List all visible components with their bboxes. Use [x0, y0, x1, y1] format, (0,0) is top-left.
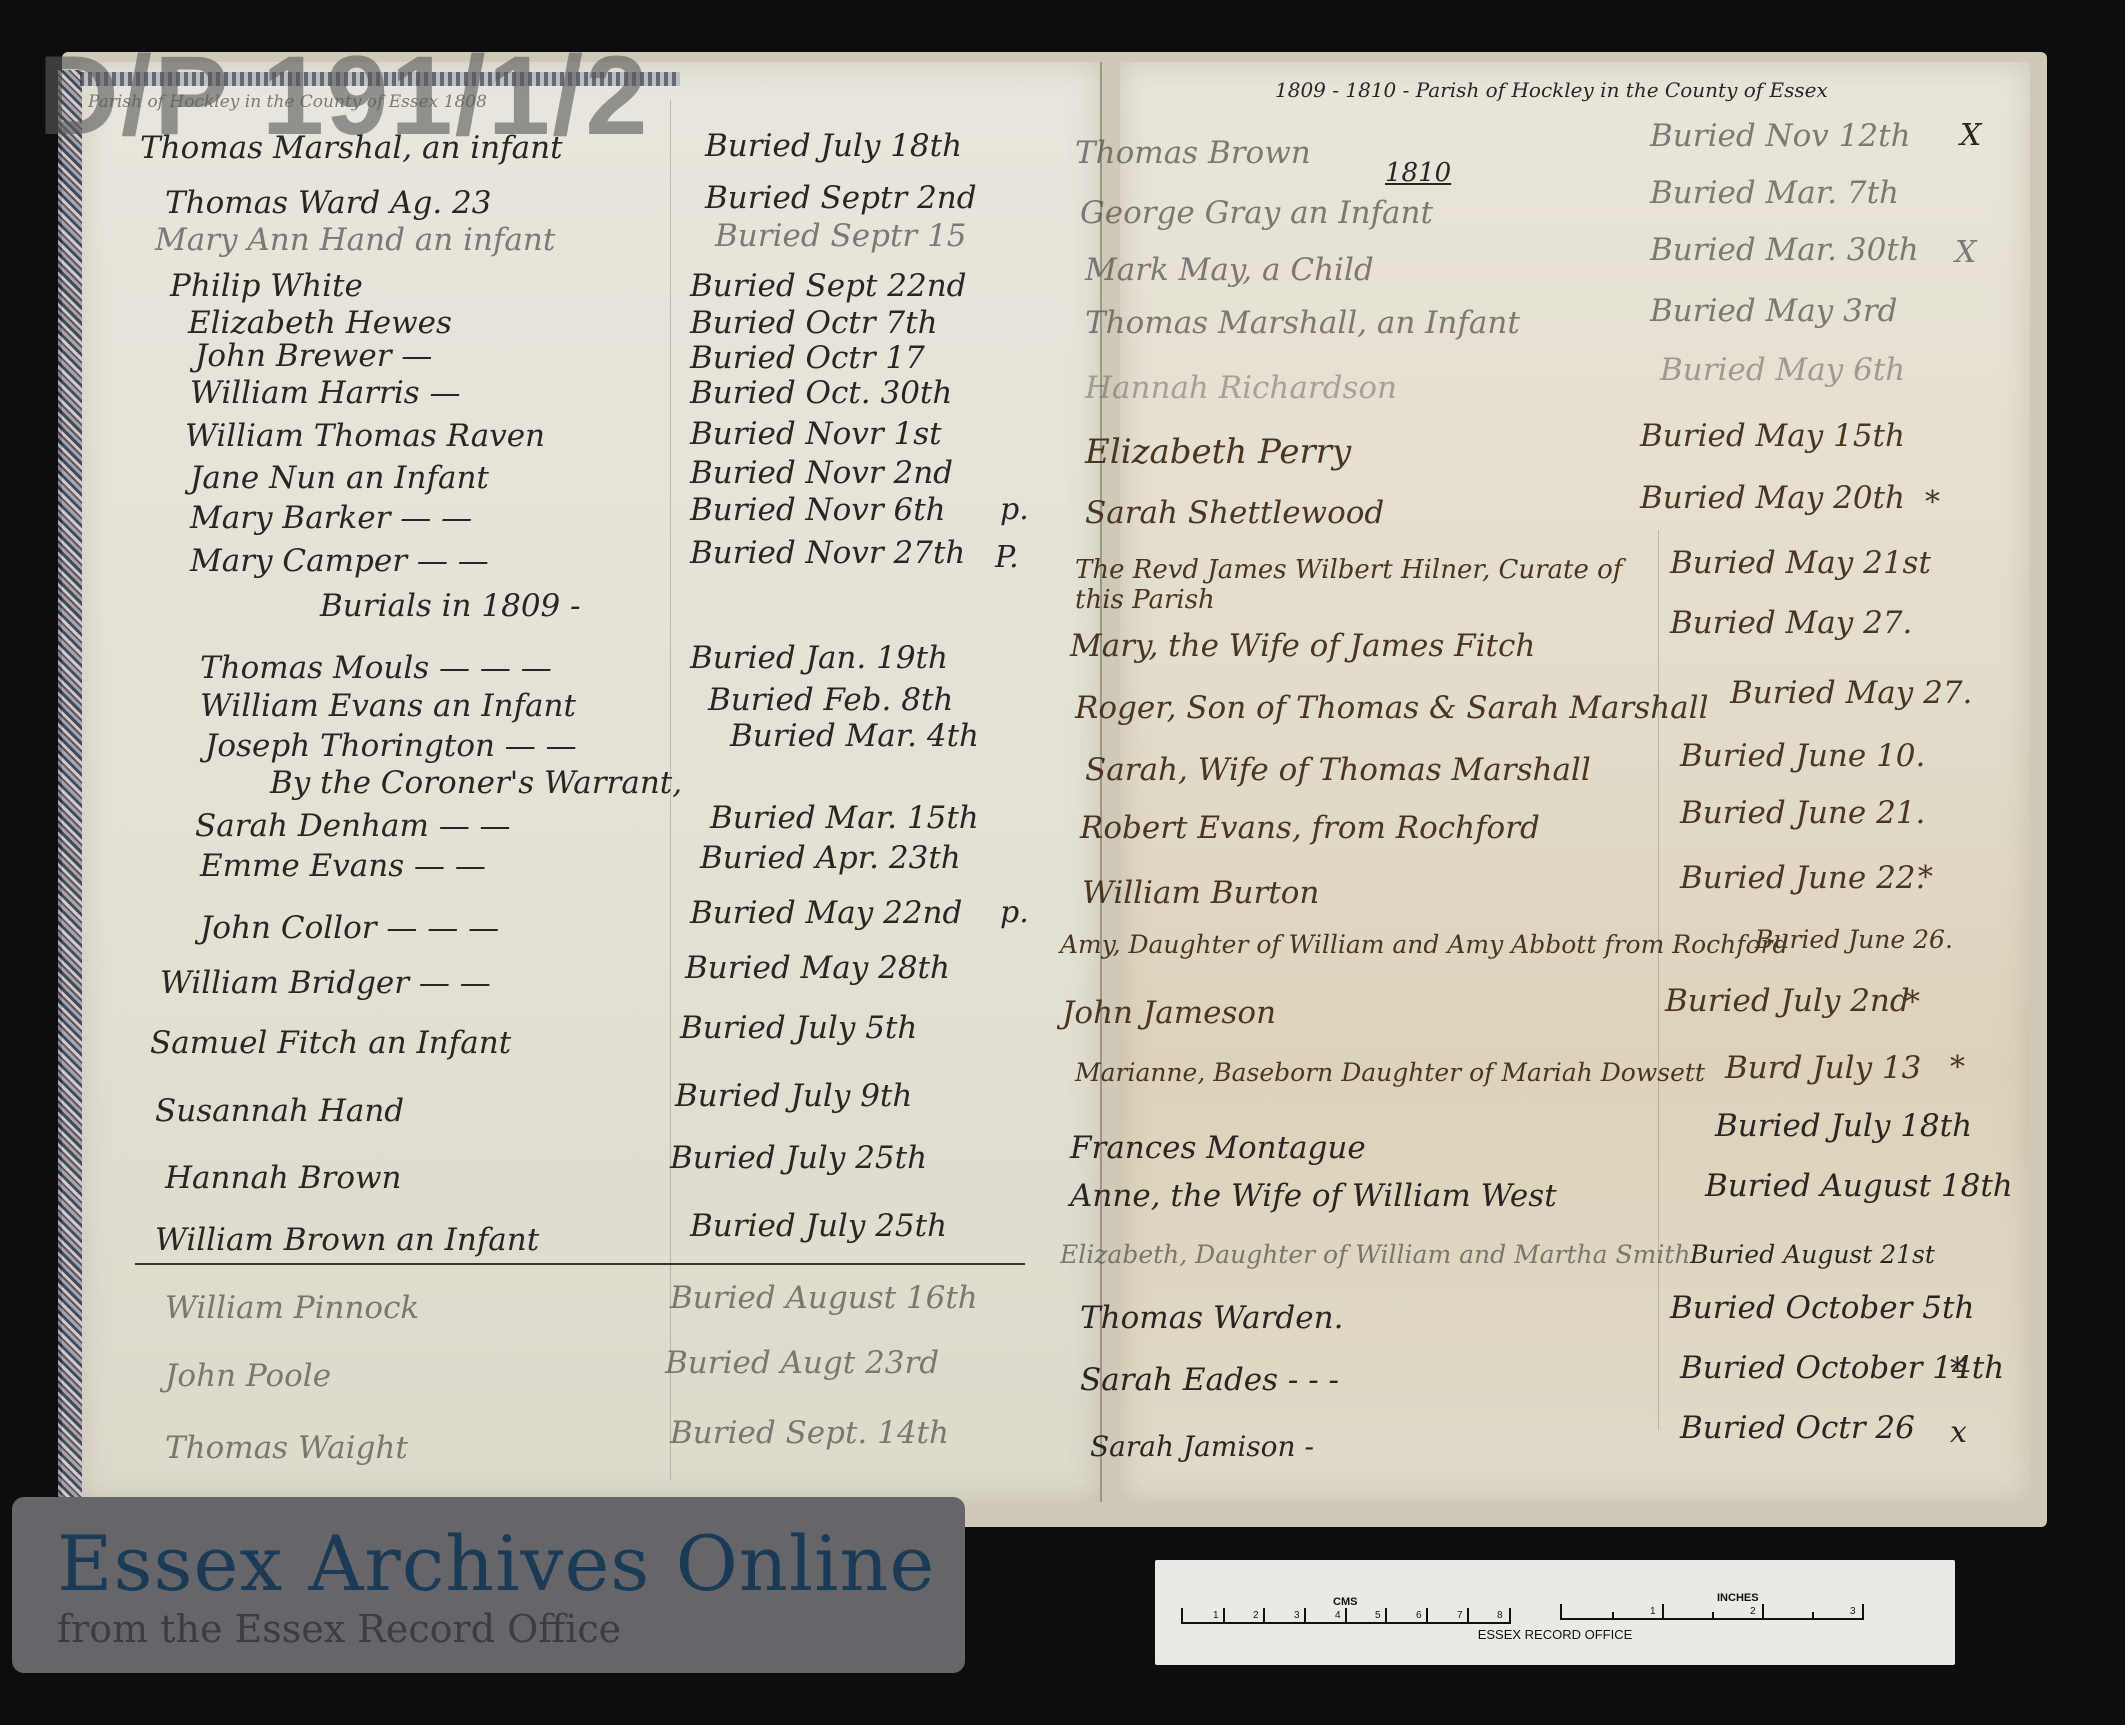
entry-name: The Revd James Wilbert Hilner, Curate of… — [1075, 555, 1635, 615]
logo-title: Essex Archives Online — [57, 1519, 935, 1608]
entry-date: Buried Octr 7th — [690, 305, 938, 341]
section-heading-1809: Burials in 1809 - — [320, 588, 581, 624]
entry-date: Buried May 22nd — [690, 895, 962, 931]
year-marker: 1810 — [1385, 158, 1451, 188]
cms-scale: 1 2 3 4 5 6 7 8 — [1181, 1608, 1511, 1624]
entry-name: Thomas Marshall, an Infant — [1085, 305, 1520, 341]
entry-date: Buried August 16th — [670, 1280, 978, 1316]
entry-date: Buried July 2nd — [1665, 983, 1910, 1019]
entry-date: Buried Mar. 4th — [730, 718, 979, 754]
entry-name: Anne, the Wife of William West — [1070, 1178, 1557, 1214]
inches-scale: 1 2 3 — [1560, 1604, 1864, 1620]
entry-mark: * — [1925, 485, 1940, 520]
entry-name: William Bridger — — — [160, 965, 491, 1001]
entry-date: Buried June 21. — [1680, 795, 1925, 831]
reference-watermark: D/P 191/1/2 — [38, 40, 649, 152]
entry-date: Buried July 18th — [1715, 1108, 1972, 1144]
entry-name: Elizabeth, Daughter of William and Marth… — [1060, 1240, 1690, 1269]
inches-label: INCHES — [1717, 1592, 1759, 1604]
entry-name: Thomas Ward Ag. 23 — [165, 185, 492, 221]
entry-date: Buried Septr 15 — [715, 218, 967, 254]
entry-mark: p. — [1000, 895, 1029, 930]
entry-name: Mary, the Wife of James Fitch — [1070, 628, 1535, 664]
section-divider-rule — [135, 1263, 1025, 1265]
entry-name: Samuel Fitch an Infant — [150, 1025, 511, 1061]
scale-ruler: CMS 1 2 3 4 5 6 7 8 INCHES 1 2 3 ESSEX R… — [1155, 1560, 1955, 1665]
cms-label: CMS — [1333, 1596, 1357, 1608]
ruler-office-label: ESSEX RECORD OFFICE — [1155, 1627, 1955, 1642]
entry-mark: * — [1950, 1352, 1965, 1387]
entry-date: Buried Novr 1st — [690, 416, 942, 452]
entry-date: Buried June 22. — [1680, 860, 1925, 896]
entry-date: Buried May 20th — [1640, 480, 1905, 516]
entry-date: Buried Feb. 8th — [708, 682, 953, 718]
entry-date: Buried July 25th — [670, 1140, 927, 1176]
entry-name: Marianne, Baseborn Daughter of Mariah Do… — [1075, 1058, 1705, 1087]
entry-name: Frances Montague — [1070, 1130, 1366, 1166]
entry-date: Buried Novr 6th — [690, 492, 946, 528]
entry-date: Buried August 21st — [1690, 1240, 1935, 1269]
entry-date: Buried Jan. 19th — [690, 640, 948, 676]
entry-name: Elizabeth Hewes — [188, 305, 452, 341]
entry-mark: p. — [1000, 492, 1029, 527]
entry-date: Buried June 10. — [1680, 738, 1925, 774]
entry-date: Burd July 13 — [1725, 1050, 1921, 1086]
entry-name: Mary Ann Hand an infant — [155, 222, 555, 258]
logo-subtitle: from the Essex Record Office — [57, 1607, 621, 1651]
entry-name: William Burton — [1082, 875, 1319, 911]
entry-name: Sarah Jamison - — [1090, 1430, 1314, 1463]
entry-name: Joseph Thorington — — — [205, 728, 577, 764]
entry-date: Buried May 15th — [1640, 418, 1905, 454]
entry-name: William Evans an Infant — [200, 688, 576, 724]
entry-name: Thomas Waight — [165, 1430, 408, 1466]
entry-date: Buried July 9th — [675, 1078, 912, 1114]
entry-date: Buried May 21st — [1670, 545, 1931, 581]
entry-name: John Poole — [165, 1358, 331, 1394]
entry-name: Sarah Shettlewood — [1085, 495, 1384, 531]
entry-mark: X — [1960, 118, 1981, 153]
entry-date: Buried Sept. 14th — [670, 1415, 949, 1451]
column-line — [1658, 530, 1659, 1430]
entry-name: Hannah Richardson — [1085, 370, 1397, 406]
entry-date: Buried Apr. 23th — [700, 840, 961, 876]
entry-date: Buried May 6th — [1660, 352, 1905, 388]
entry-mark: x — [1950, 1415, 1967, 1450]
entry-name: Amy, Daughter of William and Amy Abbott … — [1060, 930, 1788, 959]
entry-date: Buried Augt 23rd — [665, 1345, 939, 1381]
right-page-header: 1809 - 1810 - Parish of Hockley in the C… — [1275, 78, 1828, 102]
entry-name: William Brown an Infant — [155, 1222, 539, 1258]
entry-mark: * — [1950, 1050, 1965, 1085]
entry-name: Elizabeth Perry — [1085, 432, 1351, 472]
entry-date: Buried Mar. 7th — [1650, 175, 1899, 211]
entry-name: Sarah Denham — — — [195, 808, 511, 844]
entry-date: Buried July 18th — [705, 128, 962, 164]
entry-mark: P. — [995, 540, 1019, 575]
entry-name: John Collor — — — — [200, 910, 499, 946]
entry-name: Sarah Eades - - - — [1080, 1362, 1339, 1398]
entry-date: Buried Novr 2nd — [690, 455, 953, 491]
entry-name: Mary Camper — — — [190, 543, 489, 579]
entry-name: Robert Evans, from Rochford — [1080, 810, 1540, 846]
entry-name: Philip White — [170, 268, 363, 304]
entry-name: Susannah Hand — [155, 1093, 404, 1129]
coroner-warrant-note: By the Coroner's Warrant, — [270, 765, 682, 801]
entry-date: Buried May 3rd — [1650, 293, 1898, 329]
entry-mark: X — [1955, 235, 1976, 270]
entry-name: George Gray an Infant — [1080, 195, 1433, 231]
entry-date: Buried May 27. — [1730, 675, 1972, 711]
entry-name: William Harris — — [190, 375, 461, 411]
entry-date: Buried May 27. — [1670, 605, 1912, 641]
entry-date: Buried July 25th — [690, 1208, 947, 1244]
entry-date: Buried Mar. 30th — [1650, 232, 1919, 268]
entry-date: Buried Sept 22nd — [690, 268, 967, 304]
entry-date: Buried Septr 2nd — [705, 180, 977, 216]
entry-name: John Jameson — [1062, 995, 1276, 1031]
entry-name: Thomas Brown — [1075, 135, 1311, 171]
entry-name: John Brewer — — [195, 338, 432, 374]
entry-mark: * — [1918, 860, 1933, 895]
entry-mark: * — [1905, 985, 1920, 1020]
entry-date: Buried Nov 12th — [1650, 118, 1911, 154]
entry-name: Jane Nun an Infant — [190, 460, 489, 496]
entry-date: Buried October 5th — [1670, 1290, 1974, 1326]
entry-name: William Pinnock — [165, 1290, 419, 1326]
entry-date: Buried June 26. — [1755, 925, 1953, 954]
entry-date: Buried August 18th — [1705, 1168, 2013, 1204]
entry-date: Buried July 5th — [680, 1010, 917, 1046]
essex-archives-logo: Essex Archives Online from the Essex Rec… — [12, 1497, 965, 1673]
entry-date: Buried Novr 27th — [690, 535, 965, 571]
entry-name: Hannah Brown — [165, 1160, 402, 1196]
entry-date: Buried Octr 17 — [690, 340, 925, 376]
entry-name: William Thomas Raven — [185, 418, 545, 454]
marbled-edge — [58, 70, 82, 1500]
entry-name: Mary Barker — — — [190, 500, 472, 536]
entry-date: Buried Octr 26 — [1680, 1410, 1915, 1446]
entry-date: Buried Oct. 30th — [690, 375, 952, 411]
entry-name: Sarah, Wife of Thomas Marshall — [1085, 752, 1591, 788]
entry-date: Buried May 28th — [685, 950, 950, 986]
entry-name: Thomas Warden. — [1080, 1300, 1343, 1336]
entry-name: Mark May, a Child — [1085, 252, 1374, 288]
entry-date: Buried Mar. 15th — [710, 800, 979, 836]
entry-name: Roger, Son of Thomas & Sarah Marshall — [1075, 690, 1709, 726]
entry-name: Thomas Mouls — — — — [200, 650, 552, 686]
entry-name: Emme Evans — — — [200, 848, 486, 884]
